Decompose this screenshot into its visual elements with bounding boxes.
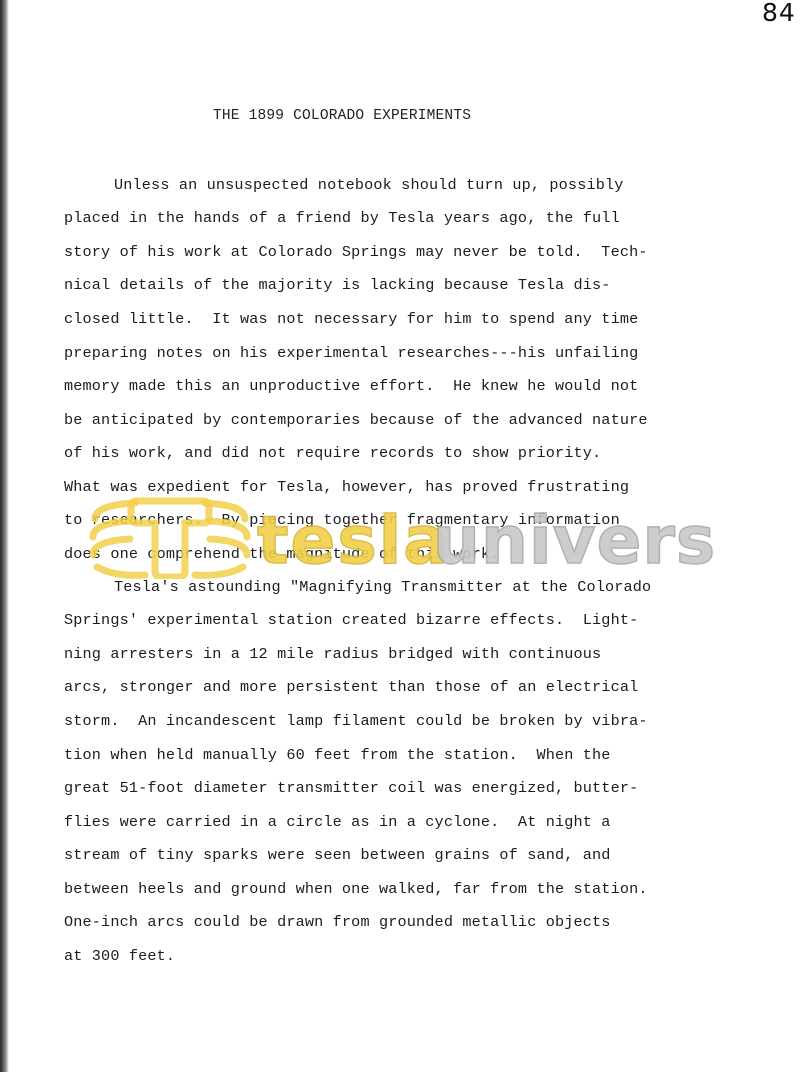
text-line: nical details of the majority is lacking… [64, 276, 611, 294]
text-line: arcs, stronger and more persistent than … [64, 678, 638, 696]
text-line: Unless an unsuspected notebook should tu… [114, 176, 624, 194]
text-line: story of his work at Colorado Springs ma… [64, 243, 648, 261]
text-line: to researchers. By piecing together frag… [64, 511, 620, 529]
text-line: at 300 feet. [64, 947, 175, 965]
text-line: ning arresters in a 12 mile radius bridg… [64, 645, 601, 663]
scanned-page-edge [0, 0, 9, 1072]
text-line: closed little. It was not necessary for … [64, 310, 638, 328]
text-line: does one comprehend the magnitude of thi… [64, 545, 499, 563]
text-line: between heels and ground when one walked… [64, 880, 648, 898]
text-line: memory made this an unproductive effort.… [64, 377, 638, 395]
text-line: great 51-foot diameter transmitter coil … [64, 779, 638, 797]
text-line: What was expedient for Tesla, however, h… [64, 478, 629, 496]
text-line: be anticipated by contemporaries because… [64, 411, 648, 429]
text-line: preparing notes on his experimental rese… [64, 344, 638, 362]
text-line: flies were carried in a circle as in a c… [64, 813, 611, 831]
text-line: of his work, and did not require records… [64, 444, 601, 462]
text-line: storm. An incandescent lamp filament cou… [64, 712, 648, 730]
page-number: 84 [762, 0, 796, 27]
tesla-universe-watermark: tesla universe [85, 497, 715, 579]
text-line: placed in the hands of a friend by Tesla… [64, 209, 620, 227]
text-line: One-inch arcs could be drawn from ground… [64, 913, 611, 931]
text-line: Tesla's astounding "Magnifying Transmitt… [114, 578, 651, 596]
text-line: Springs' experimental station created bi… [64, 611, 638, 629]
text-line: stream of tiny sparks were seen between … [64, 846, 611, 864]
text-line: tion when held manually 60 feet from the… [64, 746, 611, 764]
page-title: THE 1899 COLORADO EXPERIMENTS [213, 108, 471, 124]
